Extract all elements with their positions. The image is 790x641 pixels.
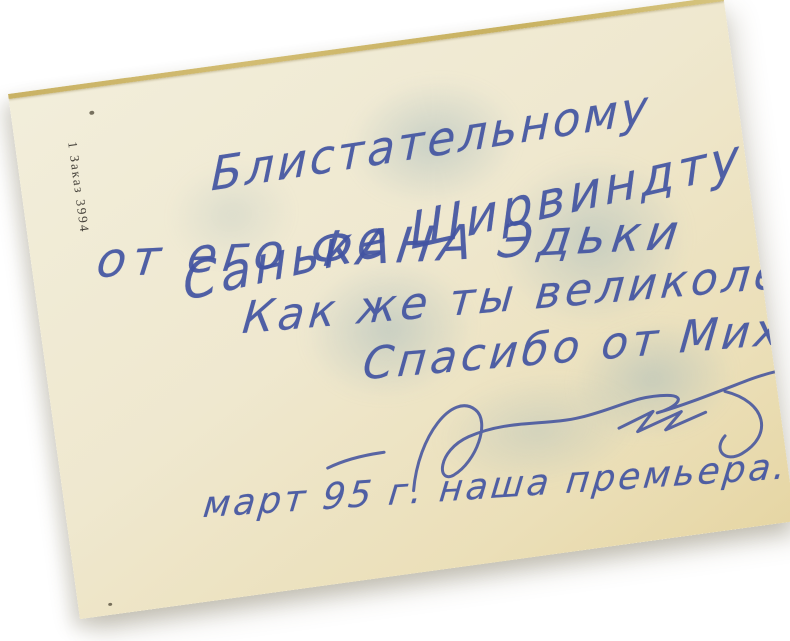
paper-speck (108, 603, 112, 607)
print-order-stamp: 1 Заказ 3994 (64, 141, 92, 235)
paper-speck (89, 110, 94, 115)
scan-background: 1 Заказ 3994 Блистательному Саньке Ширви… (0, 0, 790, 641)
autograph-note-paper: 1 Заказ 3994 Блистательному Саньке Ширви… (8, 0, 790, 619)
